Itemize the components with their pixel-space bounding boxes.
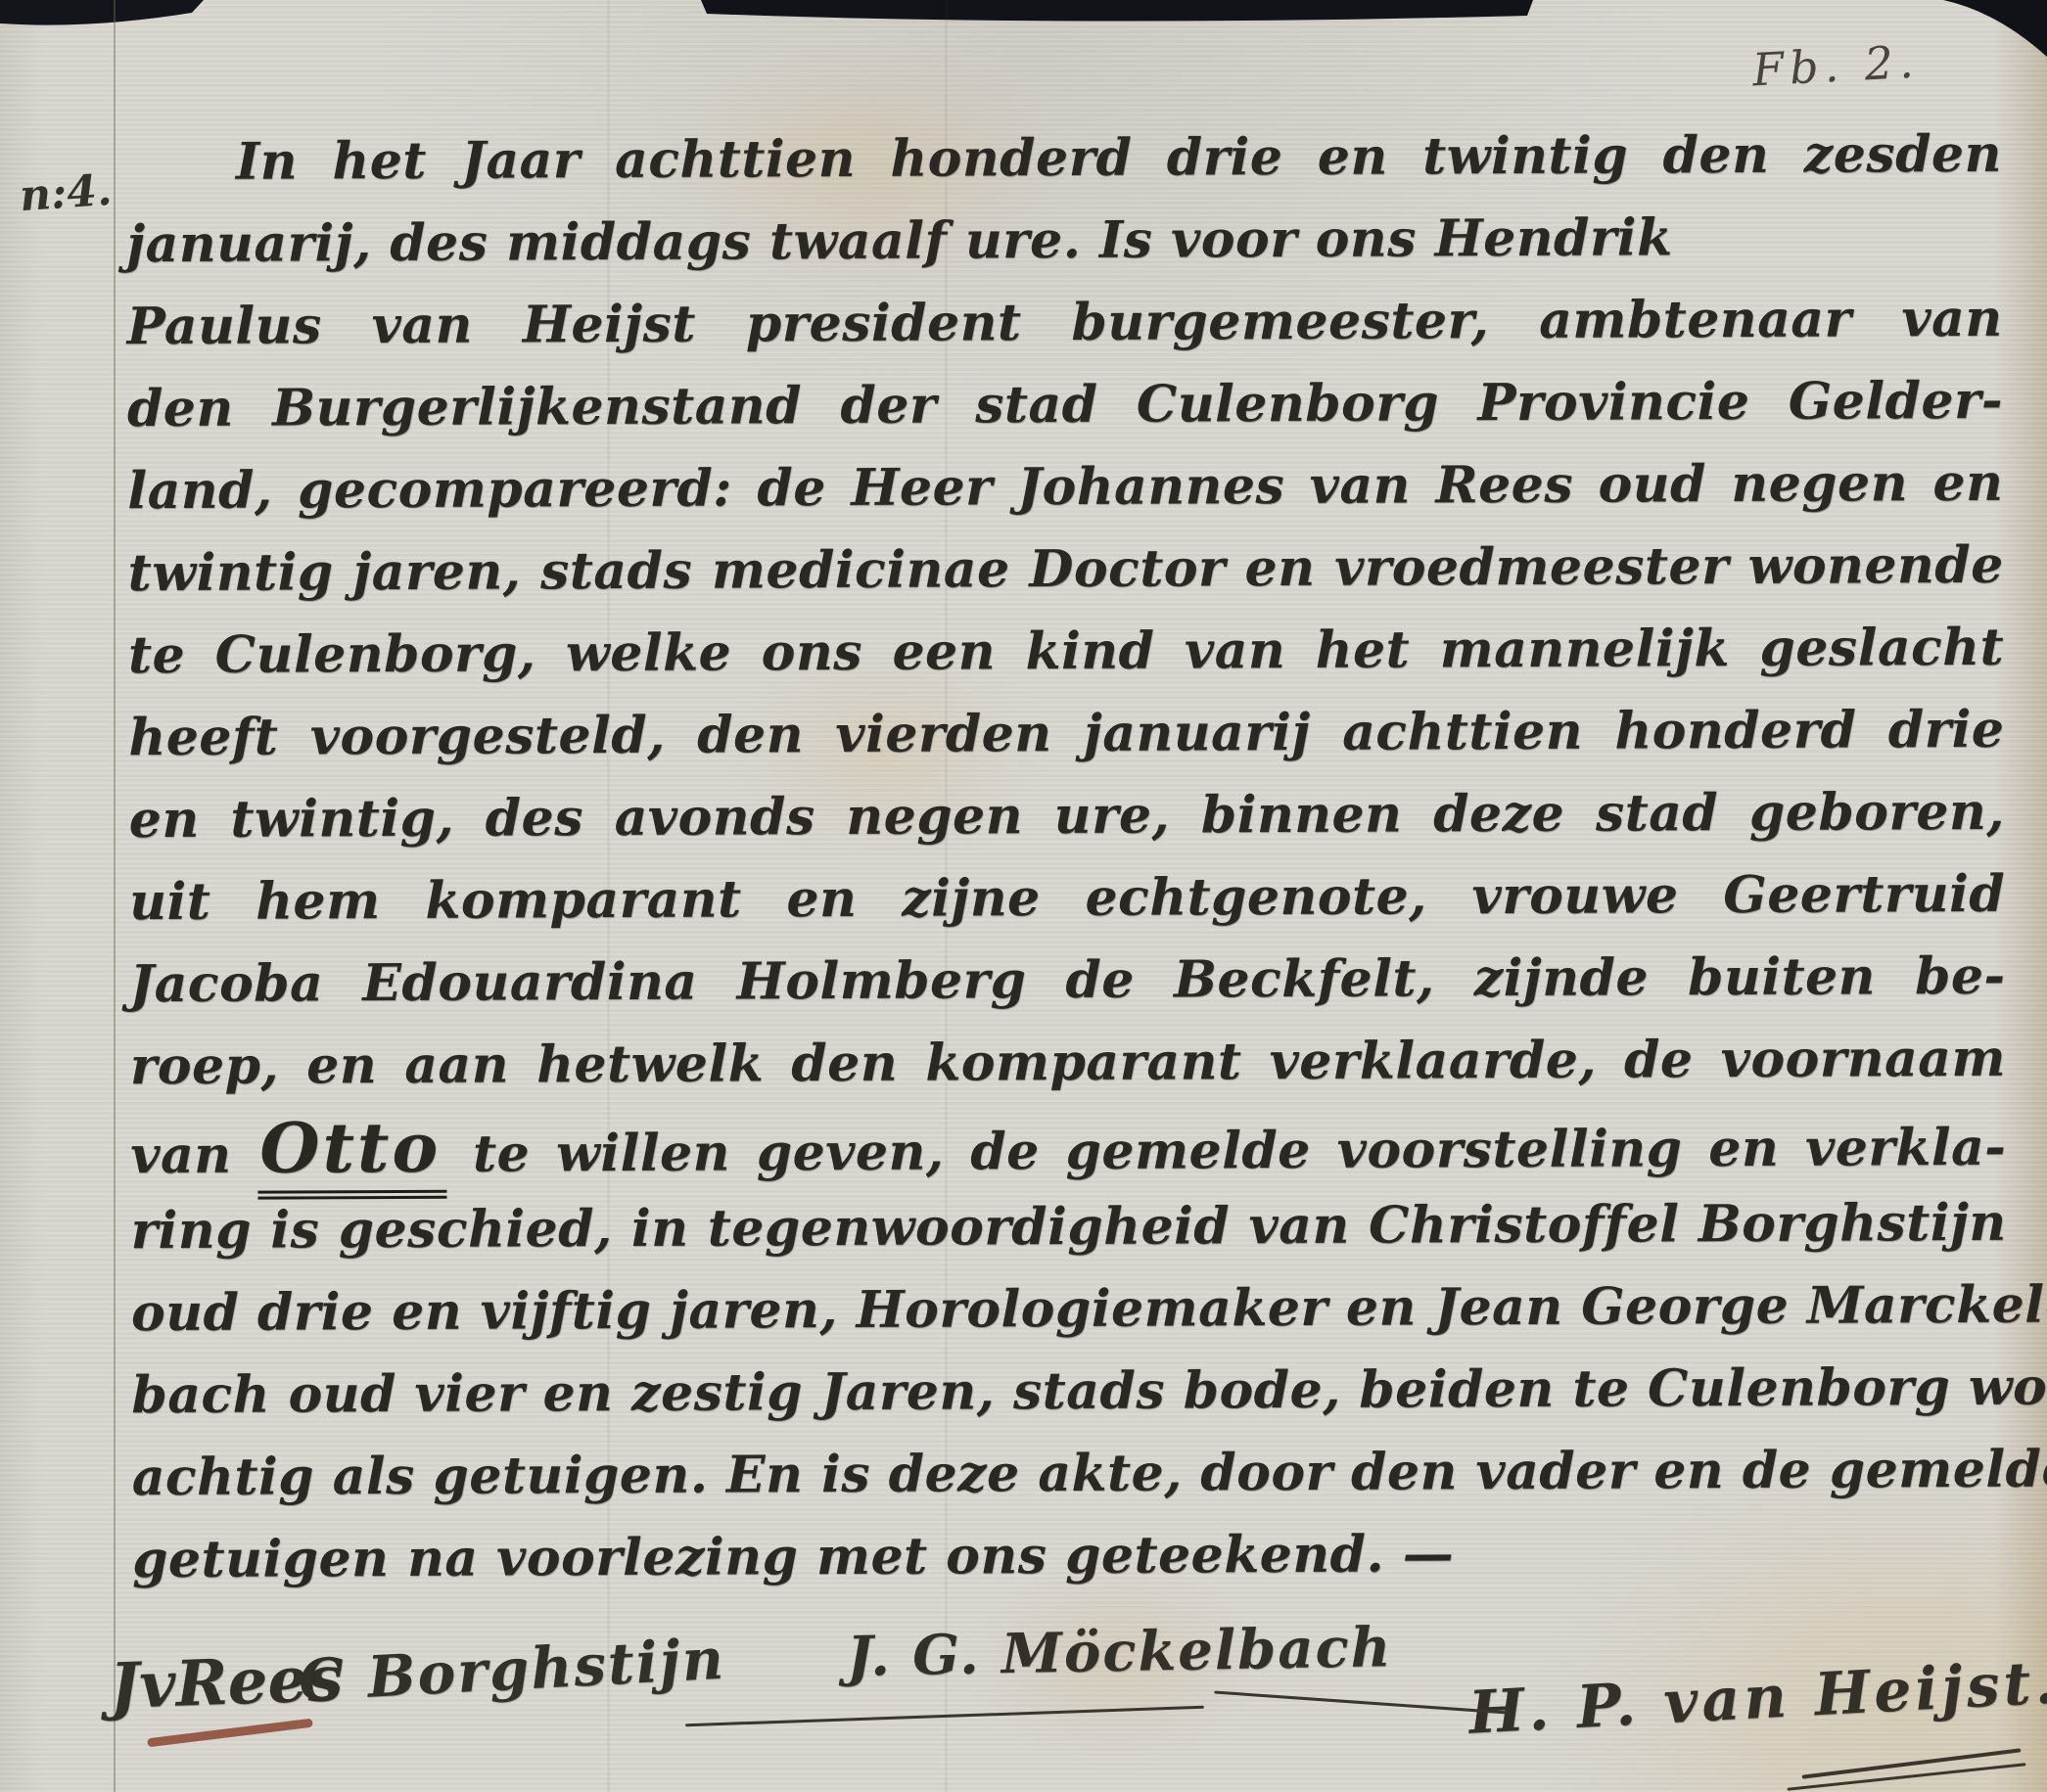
top-center-edge-bar <box>701 0 1533 22</box>
deed-line: In het Jaar achttien honderd drie en twi… <box>126 114 2002 204</box>
deed-text: In het Jaar achttien honderd drie en twi… <box>126 114 2009 1601</box>
deed-line: bach oud vier en zestig Jaren, stads bod… <box>131 1347 2007 1437</box>
deed-line: Jacoba Edouardina Holmberg de Beckfelt, … <box>129 936 2005 1026</box>
top-right-page-corner <box>1943 0 2047 57</box>
deed-line: Paulus van Heijst president burgemeester… <box>126 278 2002 368</box>
top-left-edge-bar <box>0 0 204 25</box>
deed-line: januarij, des middags twaalf ure. Is voo… <box>126 196 2002 286</box>
act-number: n:4. <box>18 165 114 221</box>
deed-line: en twintig, des avonds negen ure, binnen… <box>129 771 2005 861</box>
deed-line: heeft voorgesteld, den vierden januarij … <box>128 689 2004 779</box>
deed-line: roep, en aan hetwelk den komparant verkl… <box>130 1018 2006 1108</box>
deed-line-given-name: van Otto te willen geven, de gemelde voo… <box>130 1100 2006 1190</box>
scanner-edge-shadows <box>0 0 2047 78</box>
deed-line: land, gecompareerd: de Heer Johannes van… <box>127 442 2003 532</box>
given-name-prefix: van <box>130 1126 257 1186</box>
signature-heijst: H. P. van Heijst. <box>1467 1648 2047 1747</box>
deed-line: ring is geschied, in tegenwoordigheid va… <box>130 1182 2006 1272</box>
deed-line: getuigen na voorlezing met ons geteekend… <box>132 1511 2008 1601</box>
deed-line: den Burgerlijkenstand der stad Culenborg… <box>127 360 2003 450</box>
deed-line: te Culenborg, welke ons een kind van het… <box>128 607 2004 697</box>
signature-mockelbach: J. G. Möckelbach <box>846 1615 1392 1689</box>
signature-borghstijn: C Borghstijn <box>298 1626 727 1715</box>
deed-line: achtig als getuigen. En is deze akte, do… <box>132 1429 2008 1519</box>
scanned-birth-record-page: Fb. 2. n:4. In het Jaar achttien honderd… <box>0 0 2047 1792</box>
red-ink-underline <box>147 1719 313 1748</box>
deed-line: oud drie en vijftig jaren, Horologiemake… <box>131 1264 2007 1355</box>
deed-line: uit hem komparant en zijne echtgenote, v… <box>129 853 2005 943</box>
folio-mark: Fb. 2. <box>1751 35 1921 97</box>
signature-flourish <box>1788 1763 2026 1791</box>
given-name-underlined: Otto <box>257 1107 446 1200</box>
deed-line: twintig jaren, stads medicinae Doctor en… <box>128 525 2004 615</box>
margin-rule-line <box>114 0 116 1792</box>
signature-flourish <box>1214 1691 1507 1715</box>
given-name-suffix: te willen geven, de gemelde voorstelling… <box>446 1118 2006 1184</box>
